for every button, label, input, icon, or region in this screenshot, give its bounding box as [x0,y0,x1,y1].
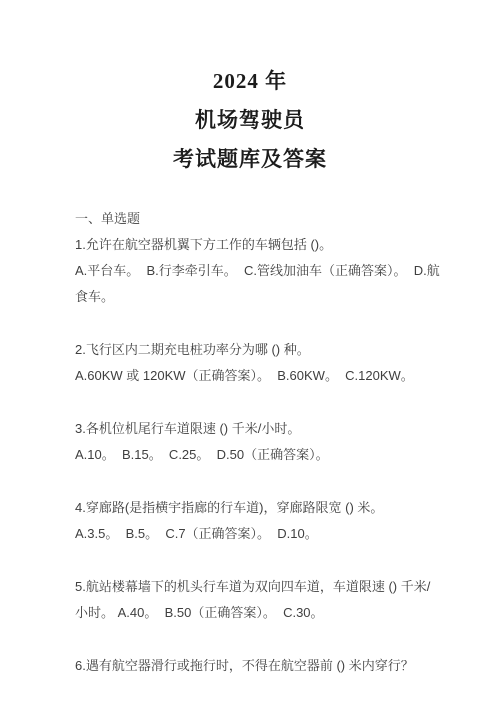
answer-options: A.10。 B.15。 C.25。 D.50（正确答案）。 [75,442,440,468]
question-block-4: 4.穿廊路(是指横宇指廊的行车道)，穿廊路限宽 () 米。 A.3.5。 B.5… [75,495,440,547]
question-text: 4.穿廊路(是指横宇指廊的行车道)，穿廊路限宽 () 米。 [75,495,440,521]
question-block-1: 1.允许在航空器机翼下方工作的车辆包括 ()。 A.平台车。 B.行李牵引车。 … [75,232,440,310]
question-text: 1.允许在航空器机翼下方工作的车辆包括 ()。 [75,232,440,258]
question-block-5: 5.航站楼幕墙下的机头行车道为双向四车道，车道限速 () 千米/小时。 A.40… [75,574,440,626]
answer-options: A.3.5。 B.5。 C.7（正确答案）。 D.10。 [75,521,440,547]
title-line-type: 考试题库及答案 [0,140,500,179]
answer-options: A.平台车。 B.行李牵引车。 C.管线加油车（正确答案）。 D.航食车。 [75,258,440,310]
question-text: 2.飞行区内二期充电桩功率分为哪 () 种。 [75,337,440,363]
document-title: 2024 年 机场驾驶员 考试题库及答案 [0,0,500,179]
question-text: 6.遇有航空器滑行或拖行时，不得在航空器前 () 米内穿行？ [75,653,440,679]
document-body: 一、单选题 1.允许在航空器机翼下方工作的车辆包括 ()。 A.平台车。 B.行… [75,206,440,679]
question-block-6: 6.遇有航空器滑行或拖行时，不得在航空器前 () 米内穿行？ [75,653,440,679]
section-heading: 一、单选题 [75,206,440,232]
title-line-year: 2024 年 [0,62,500,101]
question-text: 3.各机位机尾行车道限速 () 千米/小时。 [75,416,440,442]
question-block-2: 2.飞行区内二期充电桩功率分为哪 () 种。 A.60KW 或 120KW（正确… [75,337,440,389]
question-block-3: 3.各机位机尾行车道限速 () 千米/小时。 A.10。 B.15。 C.25。… [75,416,440,468]
exam-document-page: 2024 年 机场驾驶员 考试题库及答案 一、单选题 1.允许在航空器机翼下方工… [0,0,500,707]
answer-options: A.60KW 或 120KW（正确答案）。 B.60KW。 C.120KW。 [75,363,440,389]
answer-options: A.40。 B.50（正确答案）。 C.30。 [118,605,324,620]
title-line-subject: 机场驾驶员 [0,101,500,140]
